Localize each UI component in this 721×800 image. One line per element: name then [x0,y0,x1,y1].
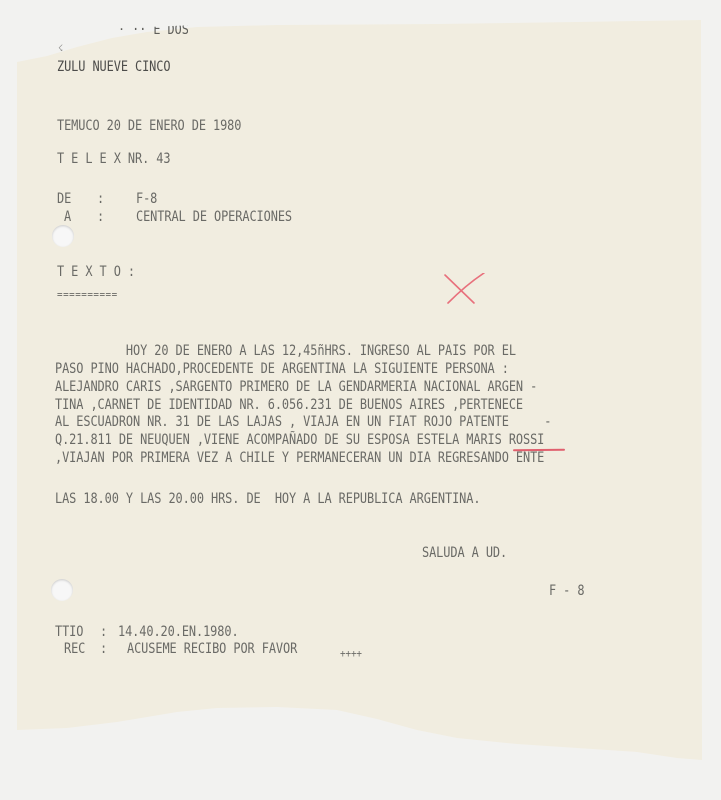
punch-hole-bottom [51,579,73,601]
body-line-7: ,VIAJAN POR PRIMERA VEZ A CHILE Y PERMAN… [55,450,544,468]
ttio-label: TTIO [55,624,83,642]
text-rule: ========== [57,286,118,304]
rec-label: REC [64,641,85,659]
rec-value: ACUSEME RECIBO POR FAVOR [127,641,297,659]
to-value: CENTRAL DE OPERACIONES [136,209,292,227]
from-value: F-8 [136,191,157,209]
punch-hole-top [52,225,74,247]
red-x-mark-icon [444,273,486,305]
rec-separator: : [100,641,107,659]
rec-suffix: ++++ [340,645,362,663]
signature: F - 8 [549,583,584,601]
place-date: TEMUCO 20 DE ENERO DE 1980 [57,118,241,136]
body-line-6: Q.21.811 DE NEUQUEN ,VIENE ACOMPAÑADO DE… [55,432,544,450]
ttio-value: 14.40.20.EN.1980. [118,624,239,642]
telex-number: T E L E X NR. 43 [57,151,170,169]
from-separator: : [97,191,104,209]
body-line-4: TINA ,CARNET DE IDENTIDAD NR. 6.056.231 … [55,397,523,415]
body-last-line: LAS 18.00 Y LAS 20.00 HRS. DE HOY A LA R… [55,491,480,509]
body-line-2: PASO PINO HACHADO,PROCEDENTE DE ARGENTIN… [55,361,509,379]
body-line-1: HOY 20 DE ENERO A LAS 12,45ñHRS. INGRESO… [55,343,516,361]
ttio-separator: : [100,624,107,642]
body-line-3: ALEJANDRO CARIS ,SARGENTO PRIMERO DE LA … [55,379,537,397]
header-code: ZULU NUEVE CINCO [57,59,170,77]
closing-salutation: SALUDA A UD. [422,545,507,563]
torn-header-fragment: · ·· E DOS [118,22,189,38]
body-line-5: AL ESCUADRON NR. 31 DE LAS LAJAS , VIAJA… [55,414,551,432]
text-label: T E X T O : [57,264,135,282]
to-separator: : [97,209,104,227]
from-label: DE [57,191,71,209]
stamp-mark-icon: ☇ [58,44,63,54]
to-label: A [64,209,71,227]
